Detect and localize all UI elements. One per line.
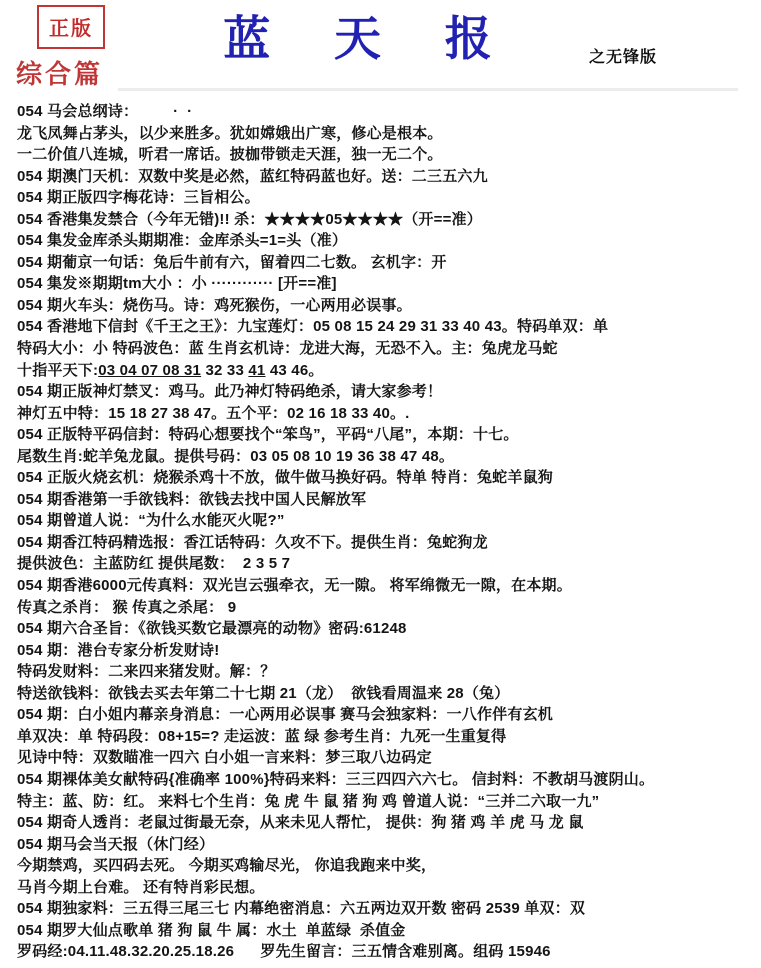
- report-line: 054 期曾道人说：“为什么水能灭火呢?”: [17, 510, 757, 532]
- report-line: 054 期六合圣旨：《欲钱买数它最漂亮的动物》密码:61248: [17, 618, 757, 640]
- report-line: 054 期：港台专家分析发财诗!: [17, 640, 757, 662]
- report-line: 特码大小：小 特码波色：蓝 生肖玄机诗：龙进大海，无恐不入。主：兔虎龙马蛇: [17, 338, 757, 360]
- report-line: 特码发财料：二来四来猪发财。解：？: [17, 661, 757, 683]
- report-line: 罗码经:04.11.48.32.20.25.18.26 罗先生留言：三五情含难别…: [17, 941, 757, 963]
- report-line: 一二价值八连城，听君一席话。披枷带锁走天涯，独一无二个。: [17, 144, 757, 166]
- header-divider: [118, 88, 738, 91]
- report-lines: 054 马会总纲诗： · ·龙飞凤舞占茅头，以少来胜多。犹如嫦娥出广寒，修心是根…: [17, 101, 757, 963]
- report-line: 054 期正版四字梅花诗：三旨相公。: [17, 187, 757, 209]
- report-line: 特主：蓝、防：红。 来料七个生肖：兔 虎 牛 鼠 猪 狗 鸡 曾道人说：“三并二…: [17, 791, 757, 813]
- report-line: 054 期火车头：烧伤马。诗：鸡死猴伤，一心两用必误事。: [17, 295, 757, 317]
- report-line: 神灯五中特：15 18 27 38 47。五个平：02 16 18 33 40。…: [17, 403, 757, 425]
- section-title: 综合篇: [16, 54, 103, 91]
- report-line: 054 期葡京一句话：兔后牛前有六，留着四二七数。 玄机字：开: [17, 252, 757, 274]
- report-line: 054 集发※期期tm大小 ：小 ············ [开==准]: [17, 273, 757, 295]
- report-line: 尾数生肖:蛇羊兔龙鼠。提供号码：03 05 08 10 19 36 38 47 …: [17, 446, 757, 468]
- report-line: 054 香港集发禁合（今年无错)!! 杀：★★★★05★★★★（开==准）: [17, 209, 757, 231]
- report-line: 054 期香江特码精选报：香江话特码：久攻不下。提供生肖：兔蛇狗龙: [17, 532, 757, 554]
- blue-sky-report-page: { "header": { "badge": "正版", "title": "蓝…: [0, 0, 761, 968]
- report-line: 054 期奇人透肖：老鼠过街最无奈，从来未见人帮忙， 提供：狗 猪 鸡 羊 虎 …: [17, 812, 757, 834]
- report-line: 054 期香港6000元传真料：双光岂云强牵衣，无一隙。 将军绵微无一隙，在本期…: [17, 575, 757, 597]
- report-line: 054 马会总纲诗： · ·: [17, 101, 757, 123]
- report-line: 见诗中特：双数瞄准一四六 白小姐一言来料：梦三取八边码定: [17, 747, 757, 769]
- report-line: 054 期独家料：三五得三尾三七 内幕绝密消息：六五两边双开数 密码 2539 …: [17, 898, 757, 920]
- report-line: 提供波色：主蓝防红 提供尾数： 2 3 5 7: [17, 553, 757, 575]
- report-line: 054 期正版神灯禁叉：鸡马。此乃神灯特码绝杀，请大家参考！: [17, 381, 757, 403]
- report-line: 054 期香港第一手欲钱料：欲钱去找中国人民解放军: [17, 489, 757, 511]
- report-line: 054 期：白小姐内幕亲身消息：一心两用必误事 赛马会独家料：一八作伴有玄机: [17, 704, 757, 726]
- report-line: 054 集发金库杀头期期准：金库杀头=1=头（准）: [17, 230, 757, 252]
- report-line: 054 期裸体美女献特码{准确率 100%}特码来料：三三四四六六七。 信封料：…: [17, 769, 757, 791]
- report-line: 今期禁鸡，买四码去死。 今期买鸡输尽光， 你追我跑来中奖，: [17, 855, 757, 877]
- report-line: 十指平天下:03 04 07 08 31 32 33 41 43 46。: [17, 360, 757, 382]
- report-line: 单双决：单 特码段：08+15=? 走运波：蓝 绿 参考生肖：九死一生重复得: [17, 726, 757, 748]
- edition-label: 之无锋版: [589, 44, 657, 67]
- report-line: 马肖今期上台难。 还有特肖彩民想。: [17, 877, 757, 899]
- report-line: 054 期马会当天报（休门经）: [17, 834, 757, 856]
- report-line: 054 香港地下信封《千王之王》：九宝莲灯：05 08 15 24 29 31 …: [17, 316, 757, 338]
- report-line: 054 正版火烧玄机：烧猴杀鸡十不放，做牛做马换好码。特单 特肖：兔蛇羊鼠狗: [17, 467, 757, 489]
- report-line: 054 期罗大仙点歌单 猪 狗 鼠 牛 属：水土 单蓝绿 杀值金: [17, 920, 757, 942]
- report-line: 054 期澳门天机：双数中奖是必然，蓝红特码蓝也好。送：二三五六九: [17, 166, 757, 188]
- report-line: 特送欲钱料：欲钱去买去年第二十七期 21（龙） 欲钱看周温来 28（兔）: [17, 683, 757, 705]
- report-line: 龙飞凤舞占茅头，以少来胜多。犹如嫦娥出广寒，修心是根本。: [17, 123, 757, 145]
- report-line: 传真之杀肖： 猴 传真之杀尾： 9: [17, 597, 757, 619]
- report-line: 054 正版特平码信封：特码心想要找个“笨鸟”，平码“八尾”，本期：十七。: [17, 424, 757, 446]
